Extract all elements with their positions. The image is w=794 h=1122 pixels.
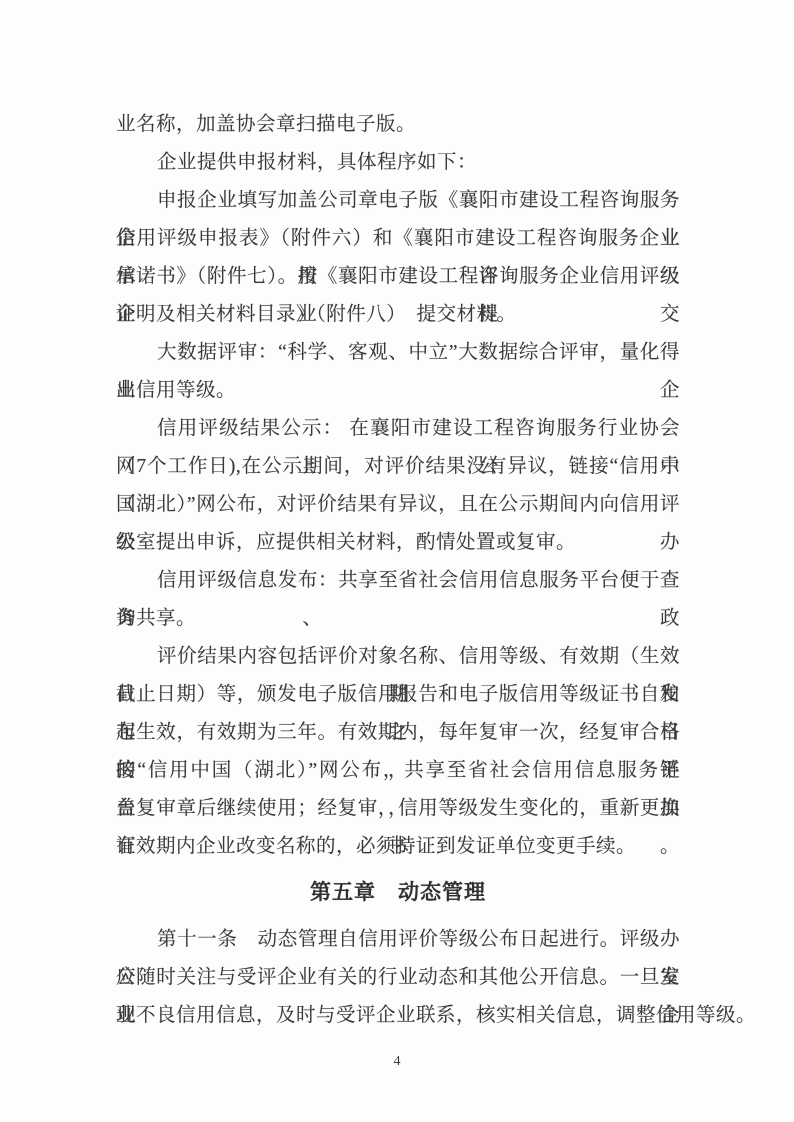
paragraph: 信用评级信息发布：共享至省社会信用信息服务平台便于查询、 政务共享。 [116,562,680,638]
text-line: 有效期内企业改变名称的，必须持证到发证单位变更手续。 [116,828,680,866]
text-line: 截止日期）等，颁发电子版信用报告和电子版信用等级证书自发布之日 [116,676,680,714]
chapter-heading-text: 第五章 动态管理 [116,873,680,911]
text-line: 盖复审章后继续使用；经复审，信用等级发生变化的，重新更换证书。 [116,790,680,828]
paragraph: 信用评级结果公示： 在襄阳市建设工程咨询服务行业协会网上公示（7个工作日),在公… [116,410,680,562]
paragraph: 评价结果内容包括评价对象名称、信用等级、有效期（生效日期和截止日期）等，颁发电子… [116,638,680,866]
text-line: 起生效，有效期为三年。有效期内，每年复审一次，经复审合格的，链 [116,714,680,752]
paragraph: 业名称，加盖协会章扫描电子版。 [116,106,680,144]
text-line: 承诺书》（附件七）。按《襄阳市建设工程咨询服务企业信用评级企业提交 [116,258,680,296]
text-line: 业不良信用信息，及时与受评企业联系，核实相关信息，调整信用等级。 [116,997,680,1035]
text-line: （湖北）”网公布，对评价结果有异议，且在公示期间内向信用评级办 [116,486,680,524]
text-line: 应随时关注与受评企业有关的行业动态和其他公开信息。一旦发现企 [116,959,680,997]
text-line: 大数据评审：“科学、客观、中立”大数据综合评审，量化得出企 [116,334,680,372]
text-line: 评价结果内容包括评价对象名称、信用等级、有效期（生效日期和 [116,638,680,676]
text-line: 企业提供申报材料，具体程序如下： [116,144,680,182]
paragraph: 企业提供申报材料，具体程序如下： [116,144,680,182]
text-line: 信用评级结果公示： 在襄阳市建设工程咨询服务行业协会网上公示 [116,410,680,448]
paragraph: 第十一条 动态管理自信用评价等级公布日起进行。评级办公室应随时关注与受评企业有关… [116,921,680,1035]
page-number: 4 [394,1054,401,1069]
text-line: 第十一条 动态管理自信用评价等级公布日起进行。评级办公室 [116,921,680,959]
paragraph: 大数据评审：“科学、客观、中立”大数据综合评审，量化得出企业信用等级。 [116,334,680,410]
page-footer: 4 [0,1052,794,1070]
document-page: 业名称，加盖协会章扫描电子版。企业提供申报材料，具体程序如下：申报企业填写加盖公… [0,0,794,1122]
text-line: （7个工作日),在公示期间，对评价结果没有异议，链接“信用中国 [116,448,680,486]
text-line: 业名称，加盖协会章扫描电子版。 [116,106,680,144]
text-line: 信用评级信息发布：共享至省社会信用信息服务平台便于查询、 政 [116,562,680,600]
text-line: 申报企业填写加盖公司章电子版《襄阳市建设工程咨询服务企业 [116,182,680,220]
document-body: 业名称，加盖协会章扫描电子版。企业提供申报材料，具体程序如下：申报企业填写加盖公… [116,106,680,1035]
paragraph: 申报企业填写加盖公司章电子版《襄阳市建设工程咨询服务企业信用评级申报表》（附件六… [116,182,680,334]
text-line: 接“信用中国（湖北）”网公布，共享至省社会信用信息服务平台，加 [116,752,680,790]
text-line: 信用评级申报表》（附件六）和《襄阳市建设工程咨询服务企业信用评级 [116,220,680,258]
section-heading: 第五章 动态管理 [116,873,680,911]
